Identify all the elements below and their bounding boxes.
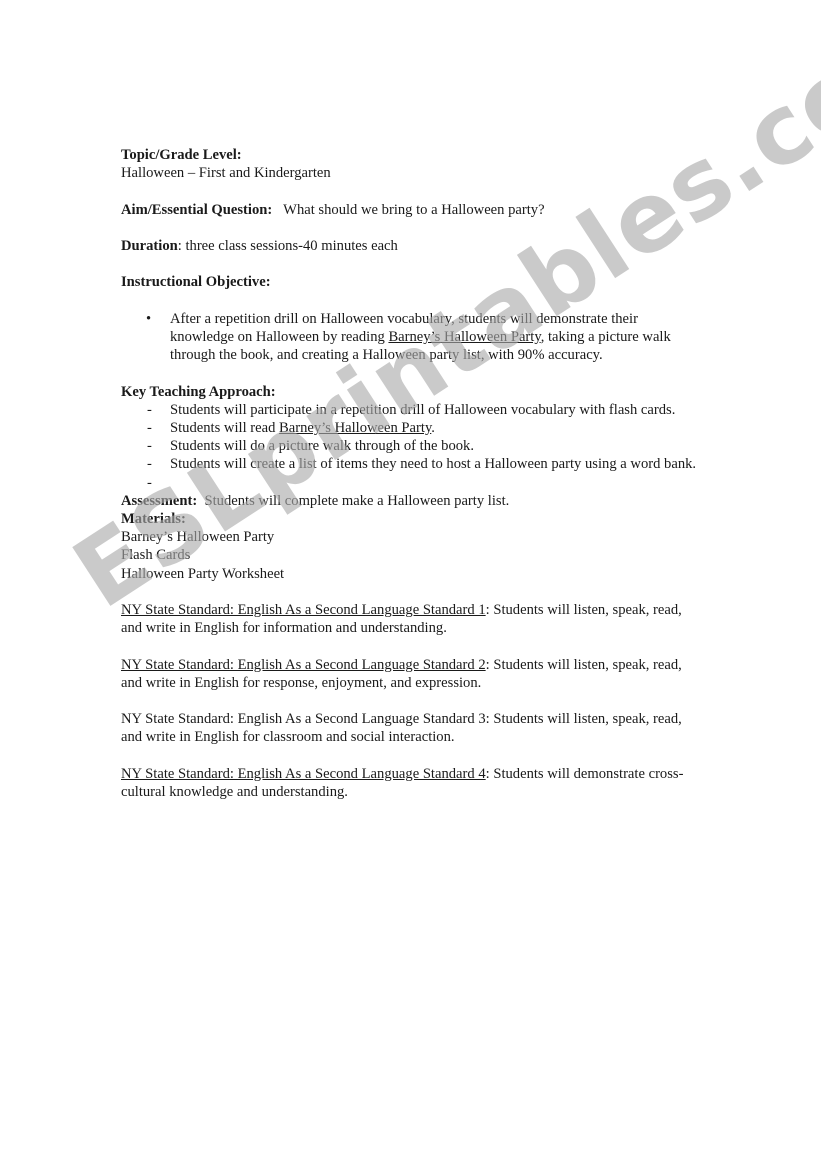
dash-icon: - — [147, 437, 152, 455]
book-title: Barney’s Halloween Party — [279, 420, 431, 436]
approach-label: Key Teaching Approach: — [121, 383, 701, 401]
assessment-label: Assessment: — [121, 493, 197, 509]
dash-icon: - — [147, 401, 152, 419]
dash-icon: - — [147, 455, 152, 473]
material-item: Barney’s Halloween Party — [121, 528, 701, 546]
document-page: Topic/Grade Level: Halloween – First and… — [0, 0, 821, 1169]
objective-item: • After a repetition drill on Halloween … — [121, 310, 701, 365]
standard-3: NY State Standard: English As a Second L… — [121, 710, 701, 746]
bullet-icon: • — [146, 310, 151, 328]
objective-label: Instructional Objective: — [121, 273, 701, 291]
topic-value: Halloween – First and Kindergarten — [121, 164, 701, 182]
material-item: Flash Cards — [121, 546, 701, 564]
duration-value: : three class sessions-40 minutes each — [178, 238, 398, 254]
objective-list: • After a repetition drill on Halloween … — [121, 310, 701, 365]
dash-icon: - — [147, 419, 152, 437]
material-item: Halloween Party Worksheet — [121, 565, 701, 583]
topic-label: Topic/Grade Level: — [121, 146, 701, 164]
standard-2: NY State Standard: English As a Second L… — [121, 656, 701, 692]
standard-title: NY State Standard: English As a Second L… — [121, 766, 486, 782]
approach-item: -Students will participate in a repetiti… — [121, 401, 701, 419]
dash-icon: - — [147, 474, 152, 492]
approach-item: -Students will read Barney’s Halloween P… — [121, 419, 701, 437]
assessment-line: Assessment: Students will complete make … — [121, 492, 701, 510]
approach-list: -Students will participate in a repetiti… — [121, 401, 701, 492]
duration-line: Duration: three class sessions-40 minute… — [121, 237, 701, 255]
standard-1: NY State Standard: English As a Second L… — [121, 601, 701, 637]
materials-label: Materials: — [121, 510, 701, 528]
standard-title: NY State Standard: English As a Second L… — [121, 711, 486, 727]
standard-4: NY State Standard: English As a Second L… — [121, 765, 701, 801]
approach-item: - — [121, 474, 701, 492]
approach-item: -Students will do a picture walk through… — [121, 437, 701, 455]
book-title: Barney’s Halloween Party — [388, 329, 540, 345]
duration-label: Duration — [121, 238, 178, 254]
assessment-value: Students will complete make a Halloween … — [205, 493, 510, 509]
standard-title: NY State Standard: English As a Second L… — [121, 657, 486, 673]
lesson-plan: Topic/Grade Level: Halloween – First and… — [121, 146, 701, 801]
standard-title: NY State Standard: English As a Second L… — [121, 602, 486, 618]
aim-label: Aim/Essential Question: — [121, 202, 272, 218]
aim-line: Aim/Essential Question: What should we b… — [121, 201, 701, 219]
approach-item: -Students will create a list of items th… — [121, 455, 701, 473]
aim-value: What should we bring to a Halloween part… — [283, 202, 544, 218]
